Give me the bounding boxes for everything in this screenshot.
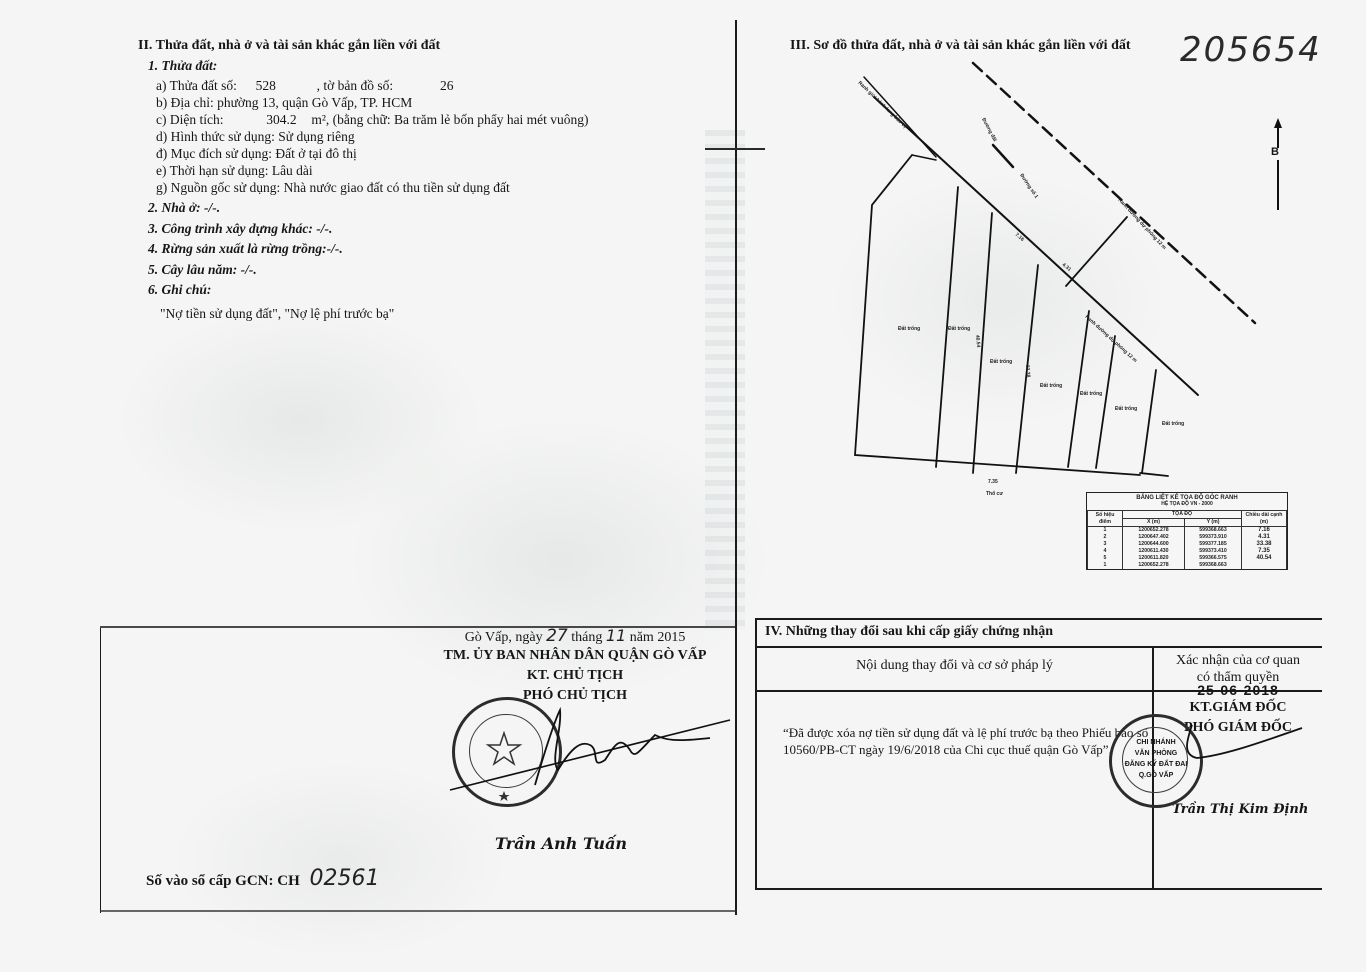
plot-number-label: a) Thửa đất số: — [156, 78, 237, 93]
area-value: 304.2 — [266, 112, 296, 127]
confirm-date: 25-06-2018 — [1154, 682, 1322, 698]
svg-text:Đất trống: Đất trống — [1040, 382, 1062, 389]
house: 2. Nhà ở: -/-. — [148, 200, 220, 216]
svg-text:Ranh đường dự phóng 12 m: Ranh đường dự phóng 12 m — [1084, 314, 1139, 364]
land-heading: 1. Thửa đất: — [148, 58, 217, 74]
road-label: Đường đất — [980, 117, 998, 143]
address: b) Địa chỉ: phường 13, quận Gò Vấp, TP. … — [156, 95, 412, 111]
north-arrow-icon — [1268, 118, 1288, 218]
col-y: Y (m) — [1185, 519, 1242, 527]
fold-mark — [705, 148, 765, 150]
svg-text:33.38: 33.38 — [1024, 365, 1031, 378]
coord-row: 11200652.278599368.6637.16 — [1088, 527, 1287, 535]
coord-row: 21200647.402599373.9104.31 — [1088, 534, 1287, 541]
coord-row: 31200644.600599377.18533.38 — [1088, 541, 1287, 548]
coord-x: 1200652.278 — [1123, 527, 1185, 535]
coord-y: 599368.663 — [1185, 562, 1242, 569]
issue-date-line: Gò Vấp, ngày 27 tháng 11 năm 2015 — [420, 626, 730, 646]
plot-number-row: a) Thửa đất số: 528 , tờ bản đồ số: 26 — [156, 78, 453, 94]
left-border — [100, 628, 101, 913]
coord-point: 1 — [1088, 562, 1123, 569]
registry-label: Số vào sổ cấp GCN: CH — [146, 873, 300, 889]
svg-text:Đất trống: Đất trống — [1162, 420, 1184, 427]
issue-year: 2015 — [657, 630, 685, 645]
col-x: X (m) — [1123, 519, 1185, 527]
bottom-label: Thổ cư — [986, 490, 1003, 495]
col2-header-line1: Xác nhận của cơ quan — [1154, 652, 1322, 669]
notes-heading: 6. Ghi chú: — [148, 282, 211, 298]
section2-title: II. Thửa đất, nhà ở và tài sản khác gắn … — [138, 38, 440, 54]
svg-text:40.54: 40.54 — [974, 335, 981, 348]
coord-y: 599368.663 — [1185, 527, 1242, 535]
confirm-role1: KT.GIÁM ĐỐC — [1154, 700, 1322, 716]
changes-table: IV. Những thay đổi sau khi cấp giấy chứn… — [755, 618, 1322, 890]
col-point: Số hiệu điểm — [1088, 511, 1123, 527]
issuing-authority: TM. ỦY BAN NHÂN DÂN QUẬN GÒ VẤP — [420, 648, 730, 664]
section3-title: III. Sơ đồ thửa đất, nhà ở và tài sản kh… — [790, 38, 1131, 54]
area-label: c) Diện tích: — [156, 112, 223, 127]
coord-y: 599373.910 — [1185, 534, 1242, 541]
coord-point: 3 — [1088, 541, 1123, 548]
svg-text:Đất trống: Đất trống — [990, 358, 1012, 365]
coord-point: 5 — [1088, 555, 1123, 562]
area-words: (bằng chữ: Ba trăm lẻ bốn phẩy hai mét v… — [333, 112, 589, 127]
changes-col2-header: Xác nhận của cơ quan có thẩm quyền — [1154, 652, 1322, 686]
area-row: c) Diện tích: 304.2 m², (bằng chữ: Ba tr… — [156, 112, 589, 128]
coord-row: 11200652.278599368.663 — [1088, 562, 1287, 569]
registry-number: 02561 — [310, 866, 380, 891]
other-construction: 3. Công trình xây dựng khác: -/-. — [148, 221, 332, 237]
protect-label: Ranh giới hành lang bảo vệ — [857, 80, 908, 130]
usage-form: d) Hình thức sử dụng: Sử dụng riêng — [156, 129, 355, 145]
page-fold — [705, 130, 745, 630]
stamp-text-line: Q.GÒ VẤP — [1112, 770, 1200, 781]
forest: 4. Rừng sản xuất là rừng trồng:-/-. — [148, 241, 343, 257]
issue-month-label: tháng — [571, 630, 602, 645]
coord-x: 1200647.402 — [1123, 534, 1185, 541]
edge-label: 7.35 — [988, 479, 998, 485]
coord-row: 41200611.430599373.4107.35 — [1088, 548, 1287, 555]
usage-term: e) Thời hạn sử dụng: Lâu dài — [156, 163, 313, 179]
coord-y: 599366.575 — [1185, 555, 1242, 562]
changes-col1-header: Nội dung thay đổi và cơ sở pháp lý — [757, 658, 1152, 674]
scanned-certificate: II. Thửa đất, nhà ở và tài sản khác gắn … — [0, 0, 1366, 972]
coord-edge: 7.16 — [1242, 527, 1287, 535]
svg-text:Đất trống: Đất trống — [1115, 405, 1137, 412]
issuer-name: Trần Anh Tuấn — [495, 834, 627, 853]
coord-table-subtitle: HỆ TỌA ĐỘ VN - 2000 — [1087, 501, 1287, 511]
registry-number-row: Số vào sổ cấp GCN: CH 02561 — [146, 866, 380, 891]
map-sheet-label: , tờ bản đồ số: — [317, 78, 394, 93]
coord-x: 1200652.278 — [1123, 562, 1185, 569]
plot-diagram: Đường đất Đường số 1 Ranh đường dự phóng… — [840, 55, 1270, 495]
usage-origin: g) Nguồn gốc sử dụng: Nhà nước giao đất … — [156, 180, 510, 196]
north-label: B — [1271, 146, 1279, 158]
section4-title: IV. Những thay đổi sau khi cấp giấy chứn… — [765, 624, 1053, 640]
coord-x: 1200611.430 — [1123, 548, 1185, 555]
coord-point: 1 — [1088, 527, 1123, 535]
col-edge: Chiều dài cạnh (m) — [1242, 511, 1287, 527]
coord-y: 599377.185 — [1185, 541, 1242, 548]
confirm-signer: Trần Thị Kim Định — [1172, 802, 1308, 817]
issue-month: 11 — [606, 626, 626, 645]
road-boundary-label: Ranh đường dự phóng 12 m — [1117, 197, 1168, 251]
coord-edge: 7.35 — [1242, 548, 1287, 555]
coord-x: 1200611.820 — [1123, 555, 1185, 562]
perennial-trees: 5. Cây lâu năm: -/-. — [148, 262, 257, 278]
svg-text:Đất trống: Đất trống — [1080, 390, 1102, 397]
coord-table-title: BẢNG LIỆT KÊ TỌA ĐỘ GÓC RANH — [1087, 493, 1287, 501]
coordinate-table: BẢNG LIỆT KÊ TỌA ĐỘ GÓC RANH HỆ TỌA ĐỘ V… — [1086, 492, 1288, 570]
issue-day: 27 — [546, 626, 568, 646]
issue-place-prefix: Gò Vấp, ngày — [465, 630, 543, 645]
coord-edge: 40.54 — [1242, 555, 1287, 562]
coord-y: 599373.410 — [1185, 548, 1242, 555]
road-name-label: Đường số 1 — [1018, 172, 1040, 200]
svg-text:Đất trống: Đất trống — [898, 325, 920, 332]
coord-row: 51200611.820599366.57540.54 — [1088, 555, 1287, 562]
issuer-role1: KT. CHỦ TỊCH — [420, 668, 730, 684]
usage-purpose: đ) Mục đích sử dụng: Đất ở tại đô thị — [156, 146, 357, 162]
issuer-signature — [440, 690, 740, 800]
issue-year-label: năm — [630, 630, 654, 645]
coord-edge: 33.38 — [1242, 541, 1287, 548]
confirm-signature — [1167, 720, 1317, 770]
map-sheet-value: 26 — [440, 78, 454, 93]
coord-edge — [1242, 562, 1287, 569]
svg-text:Đất trống: Đất trống — [948, 325, 970, 332]
coord-point: 2 — [1088, 534, 1123, 541]
coord-point: 4 — [1088, 548, 1123, 555]
bottom-border — [100, 910, 737, 912]
col-coords: TỌA ĐỘ — [1123, 511, 1242, 519]
area-unit: m², — [311, 112, 329, 127]
notes: "Nợ tiền sử dụng đất", "Nợ lệ phí trước … — [160, 306, 394, 322]
coord-x: 1200644.600 — [1123, 541, 1185, 548]
change-content: “Đã được xóa nợ tiền sử dụng đất và lệ p… — [783, 724, 1153, 758]
plot-number-value: 528 — [256, 78, 276, 93]
coord-edge: 4.31 — [1242, 534, 1287, 541]
